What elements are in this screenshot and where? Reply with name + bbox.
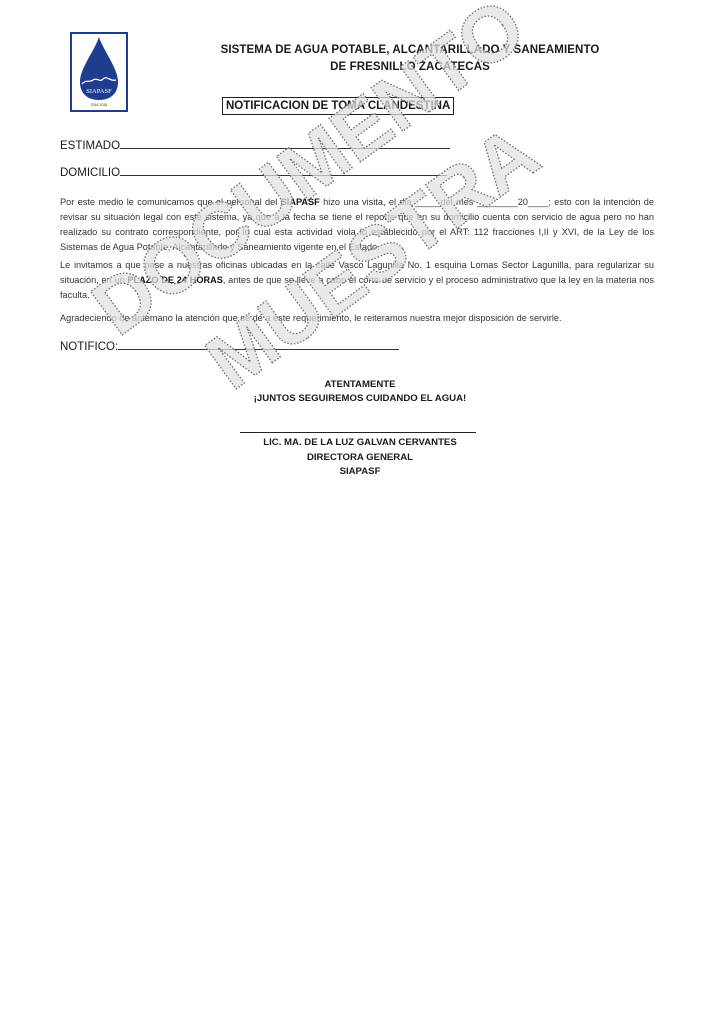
water-drop-icon: SIAPASF 2016-2018 [72,34,126,110]
sample-watermark: DOCUMENTO MUESTRA [0,0,724,1024]
organization-logo: SIAPASF 2016-2018 [70,32,128,112]
notifico-blank-line[interactable] [118,338,399,350]
header-line-1: SISTEMA DE AGUA POTABLE, ALCANTARILLADO … [180,42,640,59]
signer-block: LIC. MA. DE LA LUZ GALVAN CERVANTES DIRE… [200,436,520,480]
closing-line-1: ATENTAMENTE [200,378,520,392]
body-paragraph-1: Por este medio le comunicamos que el per… [60,195,654,255]
closing-line-2: ¡JUNTOS SEGUIREMOS CUIDANDO EL AGUA! [200,392,520,406]
notifico-field: NOTIFICO: [60,338,399,354]
domicilio-blank-line[interactable] [120,164,447,176]
estimado-field: ESTIMADO [60,137,450,153]
signer-org: SIAPASF [200,465,520,480]
domicilio-field: DOMICILIO [60,164,447,180]
document-page: SIAPASF 2016-2018 SISTEMA DE AGUA POTABL… [0,0,724,1024]
document-title: NOTIFICACION DE TOMA CLANDESTINA [222,97,454,115]
closing-block: ATENTAMENTE ¡JUNTOS SEGUIREMOS CUIDANDO … [200,378,520,406]
domicilio-label: DOMICILIO [60,167,120,179]
signer-name: LIC. MA. DE LA LUZ GALVAN CERVANTES [200,436,520,451]
signature-line [240,432,476,433]
organization-header: SISTEMA DE AGUA POTABLE, ALCANTARILLADO … [180,42,640,76]
agency-name: SIAPASF [281,197,320,207]
svg-text:2016-2018: 2016-2018 [91,103,108,107]
deadline-text: PLAZO DE 24 HORAS [127,275,222,285]
signer-title: DIRECTORA GENERAL [200,451,520,466]
estimado-label: ESTIMADO [60,140,120,152]
body-paragraph-3: Agradeciendo de antemano la atención que… [60,311,654,326]
svg-text:SIAPASF: SIAPASF [86,88,112,95]
body-paragraph-2: Le invitamos a que pase a nuestras ofici… [60,258,654,303]
notifico-label: NOTIFICO: [60,341,118,353]
header-line-2: DE FRESNILLO ZACATECAS [180,59,640,76]
estimado-blank-line[interactable] [120,137,450,149]
